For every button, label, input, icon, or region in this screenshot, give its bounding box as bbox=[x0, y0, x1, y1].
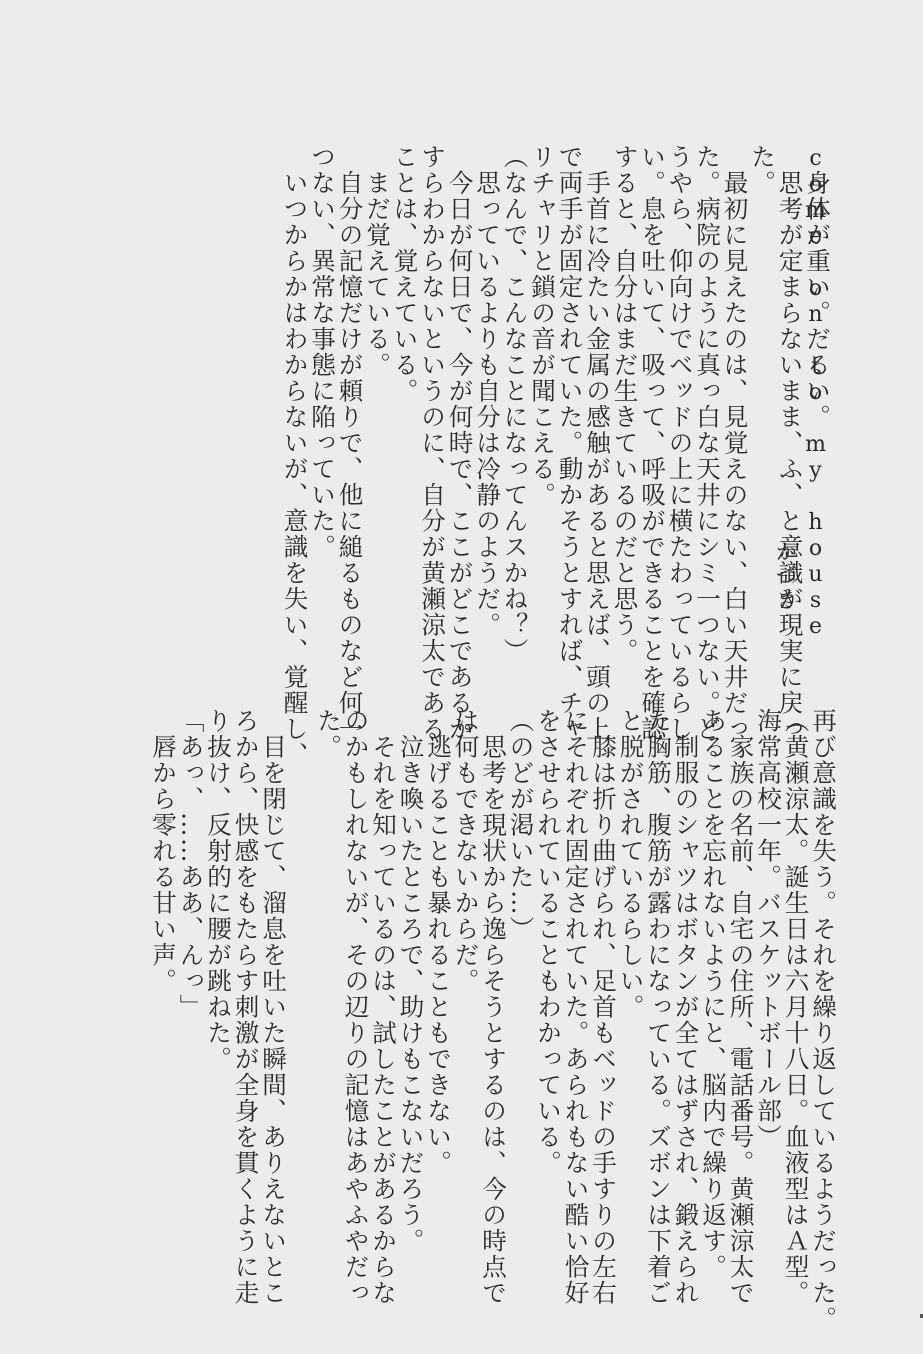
text-line: い。息を吐いて、吸って、呼吸ができることを確認 bbox=[639, 144, 667, 684]
text-line: ろから、快感をもたらす刺激が全身を貫くように走 bbox=[232, 708, 260, 1268]
text-line: 今日が何日で、今が何時で、ここがどこであるか bbox=[446, 144, 474, 684]
text-line: （のどが渇いた…） bbox=[507, 708, 535, 1268]
text-line: で両手が固定されていた。動かそうとすれば、チャ bbox=[556, 144, 584, 684]
text-line: まだ覚えている。 bbox=[364, 144, 392, 684]
text-line bbox=[287, 708, 315, 1268]
text-line: ことは、覚えている。 bbox=[391, 144, 419, 684]
text-line: 家族の名前、自宅の住所、電話番号。黄瀬涼太で bbox=[727, 708, 755, 1268]
text-line: 逃げることも暴れることもできない。 bbox=[425, 708, 453, 1268]
text-line: （黄瀬涼太。誕生日は六月十八日。血液型はＡ型。 bbox=[782, 708, 810, 1268]
text-line: 自分の記憶だけが頼りで、他に縋るものなど何一 bbox=[336, 144, 364, 684]
text-block-bottom: 再び意識を失う。それを繰り返しているようだった。（黄瀬涼太。誕生日は六月十八日。… bbox=[150, 708, 838, 1268]
text-line: をさせられていることもわかっている。 bbox=[535, 708, 563, 1268]
text-line: いつからかはわからないが、意識を失い、覚醒し、 bbox=[281, 144, 309, 684]
text-line: すると、自分はまだ生きているのだと思う。 bbox=[611, 144, 639, 684]
text-line: 膝は折り曲げられ、足首もベッドの手すりの左右 bbox=[590, 708, 618, 1268]
text-line: 「あっ、……ああ、んっ」 bbox=[177, 708, 205, 1268]
text-block-top: 身体が重い。だるい。 思考が定まらないまま、ふ、と意識が現実に戻った。 最初に見… bbox=[281, 144, 831, 684]
text-line: うやら、仰向けでベッドの上に横たわっているらし bbox=[666, 144, 694, 684]
text-line: 手首に冷たい金属の感触があると思えば、頭の上 bbox=[584, 144, 612, 684]
text-line: あることを忘れないようにと、脳内で繰り返す。 bbox=[700, 708, 728, 1268]
text-line: た。 bbox=[749, 144, 777, 684]
text-line: 最初に見えたのは、見覚えのない、白い天井だっ bbox=[721, 144, 749, 684]
text-line: （なんで、こんなことになってんスかね？） bbox=[501, 144, 529, 684]
text-line: た。 bbox=[315, 708, 343, 1268]
text-line: と脱がされているらしい。 bbox=[617, 708, 645, 1268]
text-line: 海常高校一年。バスケットボール部） bbox=[755, 708, 783, 1268]
text-line: 目を閉じて、溜息を吐いた瞬間、ありえないとこ bbox=[260, 708, 288, 1268]
text-line: た。病院のように真っ白な天井にシミ一つない。ど bbox=[694, 144, 722, 684]
text-line: 思っているよりも自分は冷静のようだ。 bbox=[474, 144, 502, 684]
text-line: リチャリと鎖の音が聞こえる。 bbox=[529, 144, 557, 684]
text-line: にそれぞれ固定されていた。あられもない酷い恰好 bbox=[562, 708, 590, 1268]
text-line: すらわからないというのに、自分が黄瀬涼太である bbox=[419, 144, 447, 684]
text-line: た胸筋、腹筋が露わになっている。ズボンは下着ご bbox=[645, 708, 673, 1268]
text-line: つない、異常な事態に陥っていた。 bbox=[309, 144, 337, 684]
text-line: は何もできないからだ。 bbox=[452, 708, 480, 1268]
text-line: 制服のシャツはボタンが全てはずされ、鍛えられ bbox=[672, 708, 700, 1268]
text-line: 思考を現状から逸らそうとするのは、今の時点で bbox=[480, 708, 508, 1268]
text-line: り抜け、反射的に腰が跳ねた。 bbox=[205, 708, 233, 1268]
text-line: 思考が定まらないまま、ふ、と意識が現実に戻っ bbox=[776, 144, 804, 684]
text-line: のかもしれないが、その辺りの記憶はあやふやだっ bbox=[342, 708, 370, 1268]
text-line: 唇から零れる甘い声。 bbox=[150, 708, 178, 1268]
book-page: come on to my house かづき 身体が重い。だるい。 思考が定ま… bbox=[0, 0, 923, 1354]
text-line: それを知っているのは、試したことがあるからな bbox=[370, 708, 398, 1268]
text-line: 泣き喚いたところで、助けもこないだろう。 bbox=[397, 708, 425, 1268]
text-line: 再び意識を失う。それを繰り返しているようだった。 bbox=[810, 708, 838, 1268]
text-line: 身体が重い。だるい。 bbox=[804, 144, 832, 684]
